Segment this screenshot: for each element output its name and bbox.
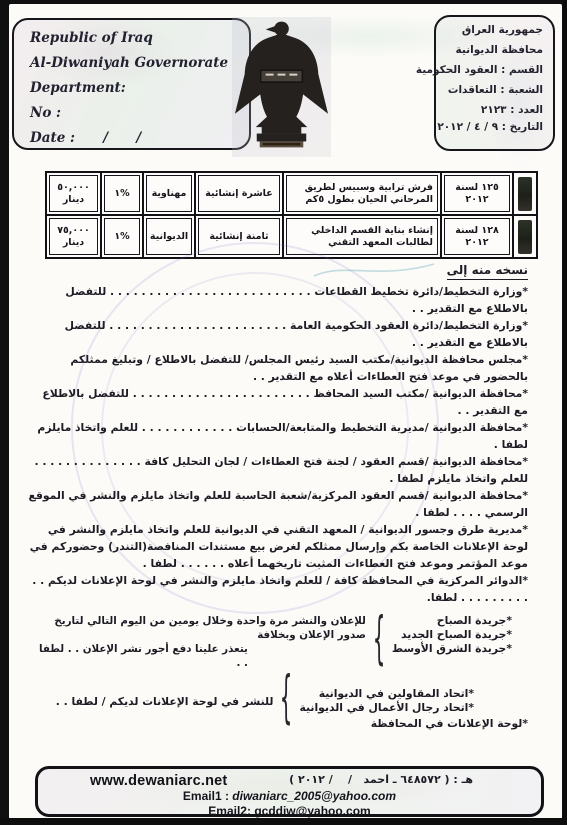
seq-cell (513, 215, 537, 258)
classification: عاشرة إنشائية (198, 175, 280, 212)
announcements-board-line: *لوحة الإعلانات في المحافظة (27, 715, 528, 732)
unions-group: *اتحاد المقاولين في الديوانية *اتحاد رجا… (27, 687, 474, 715)
copy-line: *مجلس محافظة الديوانية/مكتب السيد رئيس ا… (27, 351, 528, 385)
location: الديوانية (146, 218, 192, 255)
brace-icon: { (372, 613, 386, 670)
header-left-box: Republic of Iraq Al-Diwaniyah Governorat… (12, 18, 251, 150)
tender-description: إنشاء بناية القسم الداخلي لطالبات المعهد… (286, 218, 438, 255)
copy-line: *محافظة الديوانية /قسم العقود / لجنة فتح… (27, 453, 528, 487)
location-cell: الديوانية (143, 215, 195, 258)
email2-label: Email2: (208, 804, 254, 818)
email2-address: gcddiw@yahoo.com (254, 804, 370, 818)
email1-address: diwaniarc_2005@yahoo.com (232, 789, 396, 803)
tender-description: فرش ترابية وسبيس لطريق المرحاني الحيان ب… (286, 175, 438, 212)
percent: %١ (104, 218, 140, 255)
page-frame: Republic of Iraq Al-Diwaniyah Governorat… (9, 4, 562, 819)
copy-heading: نسخه منه إلى (447, 262, 528, 280)
newspapers-note: للإعلان والنشر مرة واحدة وخلال يومين من … (36, 614, 366, 670)
scan-edge (563, 0, 567, 825)
classification-cell: ثامنة إنشائية (195, 215, 283, 258)
phone-number: هـ : ( ٦٤٨٥٧٢ ـ احمد / / ٢٠١٢ ) (289, 773, 473, 786)
newspapers-group: *جريدة الصباح *جريدة الصباح الجديد *جريد… (27, 614, 512, 670)
tender-description-cell: فرش ترابية وسبيس لطريق المرحاني الحيان ب… (283, 172, 441, 215)
newspapers-note-line2: يتعذر علينا دفع أجور نشر الإعلان . . لطف… (36, 642, 366, 670)
tender-number-cell: ١٢٥ لسنة ٢٠١٢ (441, 172, 513, 215)
newspaper-item: *جريدة الصباح (392, 614, 512, 628)
amount-cell: ٥٠,٠٠٠ دينار (46, 172, 101, 215)
classification-cell: عاشرة إنشائية (195, 172, 283, 215)
tender-number-cell: ١٢٨ لسنة ٢٠١٢ (441, 215, 513, 258)
copy-line: *محافظة الديوانية /قسم العقود المركزية/ش… (27, 487, 528, 521)
dark-ink-stamp-icon (518, 177, 532, 211)
dark-ink-stamp-icon (518, 220, 532, 254)
copy-to-section: نسخه منه إلى *وزارة التخطيط/دائرة تخطيط … (27, 262, 528, 732)
country-ar: جمهورية العراق (442, 24, 543, 36)
amount: ٥٠,٠٠٠ دينار (49, 175, 98, 212)
copy-line: *مديرية طرق وجسور الديوانية / المعهد الت… (27, 521, 528, 572)
document-date: التاريخ : ٩ / ٤ / ٢٠١٢ (442, 121, 543, 133)
copy-line: *محافظة الديوانية /مديرية التخطيط والمتا… (27, 419, 528, 453)
classification: ثامنة إنشائية (198, 218, 280, 255)
amount-cell: ٧٥,٠٠٠ دينار (46, 215, 101, 258)
department-ar: القسم : العقود الحكومية (442, 64, 543, 76)
tender-number: ١٢٥ لسنة ٢٠١٢ (444, 175, 510, 212)
date-label: Date : / / (30, 130, 235, 146)
no-label: No : (30, 105, 235, 121)
emblem-panel (232, 17, 331, 157)
copy-line: *وزارة التخطيط/دائرة تخطيط القطاعات . . … (27, 283, 528, 317)
division-ar: الشعبة : التعاقدات (442, 84, 543, 96)
copy-line: *وزارة التخطيط/دائرة العقود الحكومية الع… (27, 317, 528, 351)
tender-number: ١٢٨ لسنة ٢٠١٢ (444, 218, 510, 255)
table-row: ١٢٥ لسنة ٢٠١٢ فرش ترابية وسبيس لطريق الم… (46, 172, 537, 215)
table-row: ١٢٨ لسنة ٢٠١٢ إنشاء بناية القسم الداخلي … (46, 215, 537, 258)
footer-row-1: www.dewaniarc.net هـ : ( ٦٤٨٥٧٢ ـ احمد /… (38, 771, 541, 789)
country-en: Republic of Iraq (30, 30, 235, 46)
department-label: Department: (30, 80, 235, 96)
footer-box: www.dewaniarc.net هـ : ( ٦٤٨٥٧٢ ـ احمد /… (35, 766, 544, 817)
footer-email1-line: Email1 : diwaniarc_2005@yahoo.com (38, 789, 541, 804)
seq-cell (513, 172, 537, 215)
newspaper-item: *جريدة الصباح الجديد (392, 628, 512, 642)
website-url: www.dewaniarc.net (90, 773, 227, 789)
iraq-eagle-icon (232, 17, 331, 157)
document-number: العدد : ٢١٢٣ (442, 104, 543, 116)
union-item: *اتحاد المقاولين في الديوانية (299, 687, 474, 701)
scanned-document: Republic of Iraq Al-Diwaniyah Governorat… (0, 0, 567, 825)
newspapers-note-line1: للإعلان والنشر مرة واحدة وخلال يومين من … (54, 615, 366, 641)
percent-cell: %١ (101, 172, 143, 215)
amount: ٧٥,٠٠٠ دينار (49, 218, 98, 255)
footer-email2-line: Email2: gcddiw@yahoo.com (38, 804, 541, 819)
union-item: *اتحاد رجال الأعمال في الديوانية (299, 701, 474, 715)
brace-icon: { (279, 672, 293, 729)
tender-description-cell: إنشاء بناية القسم الداخلي لطالبات المعهد… (283, 215, 441, 258)
percent-cell: %١ (101, 215, 143, 258)
copy-line: *الدوائر المركزية في المحافظة كافة / للع… (27, 572, 528, 606)
header-right-box: جمهورية العراق محافظة الديوانية القسم : … (434, 15, 555, 151)
email1-label: Email1 : (183, 789, 232, 803)
location: مهناوية (146, 175, 192, 212)
location-cell: مهناوية (143, 172, 195, 215)
unions-list: *اتحاد المقاولين في الديوانية *اتحاد رجا… (299, 687, 474, 715)
newspapers-list: *جريدة الصباح *جريدة الصباح الجديد *جريد… (392, 614, 512, 656)
percent: %١ (104, 175, 140, 212)
governorate-en: Al-Diwaniyah Governorate (30, 55, 235, 71)
tenders-table: ١٢٥ لسنة ٢٠١٢ فرش ترابية وسبيس لطريق الم… (45, 171, 538, 259)
newspaper-item: *جريدة الشرق الأوسط (392, 642, 512, 656)
unions-note: للنشر في لوحة الإعلانات لديكم / لطفا . . (56, 693, 274, 710)
scan-edge (0, 818, 567, 825)
governorate-ar: محافظة الديوانية (442, 44, 543, 56)
copy-line: *محافظة الديوانية /مكتب السيد المحافظ . … (27, 385, 528, 419)
